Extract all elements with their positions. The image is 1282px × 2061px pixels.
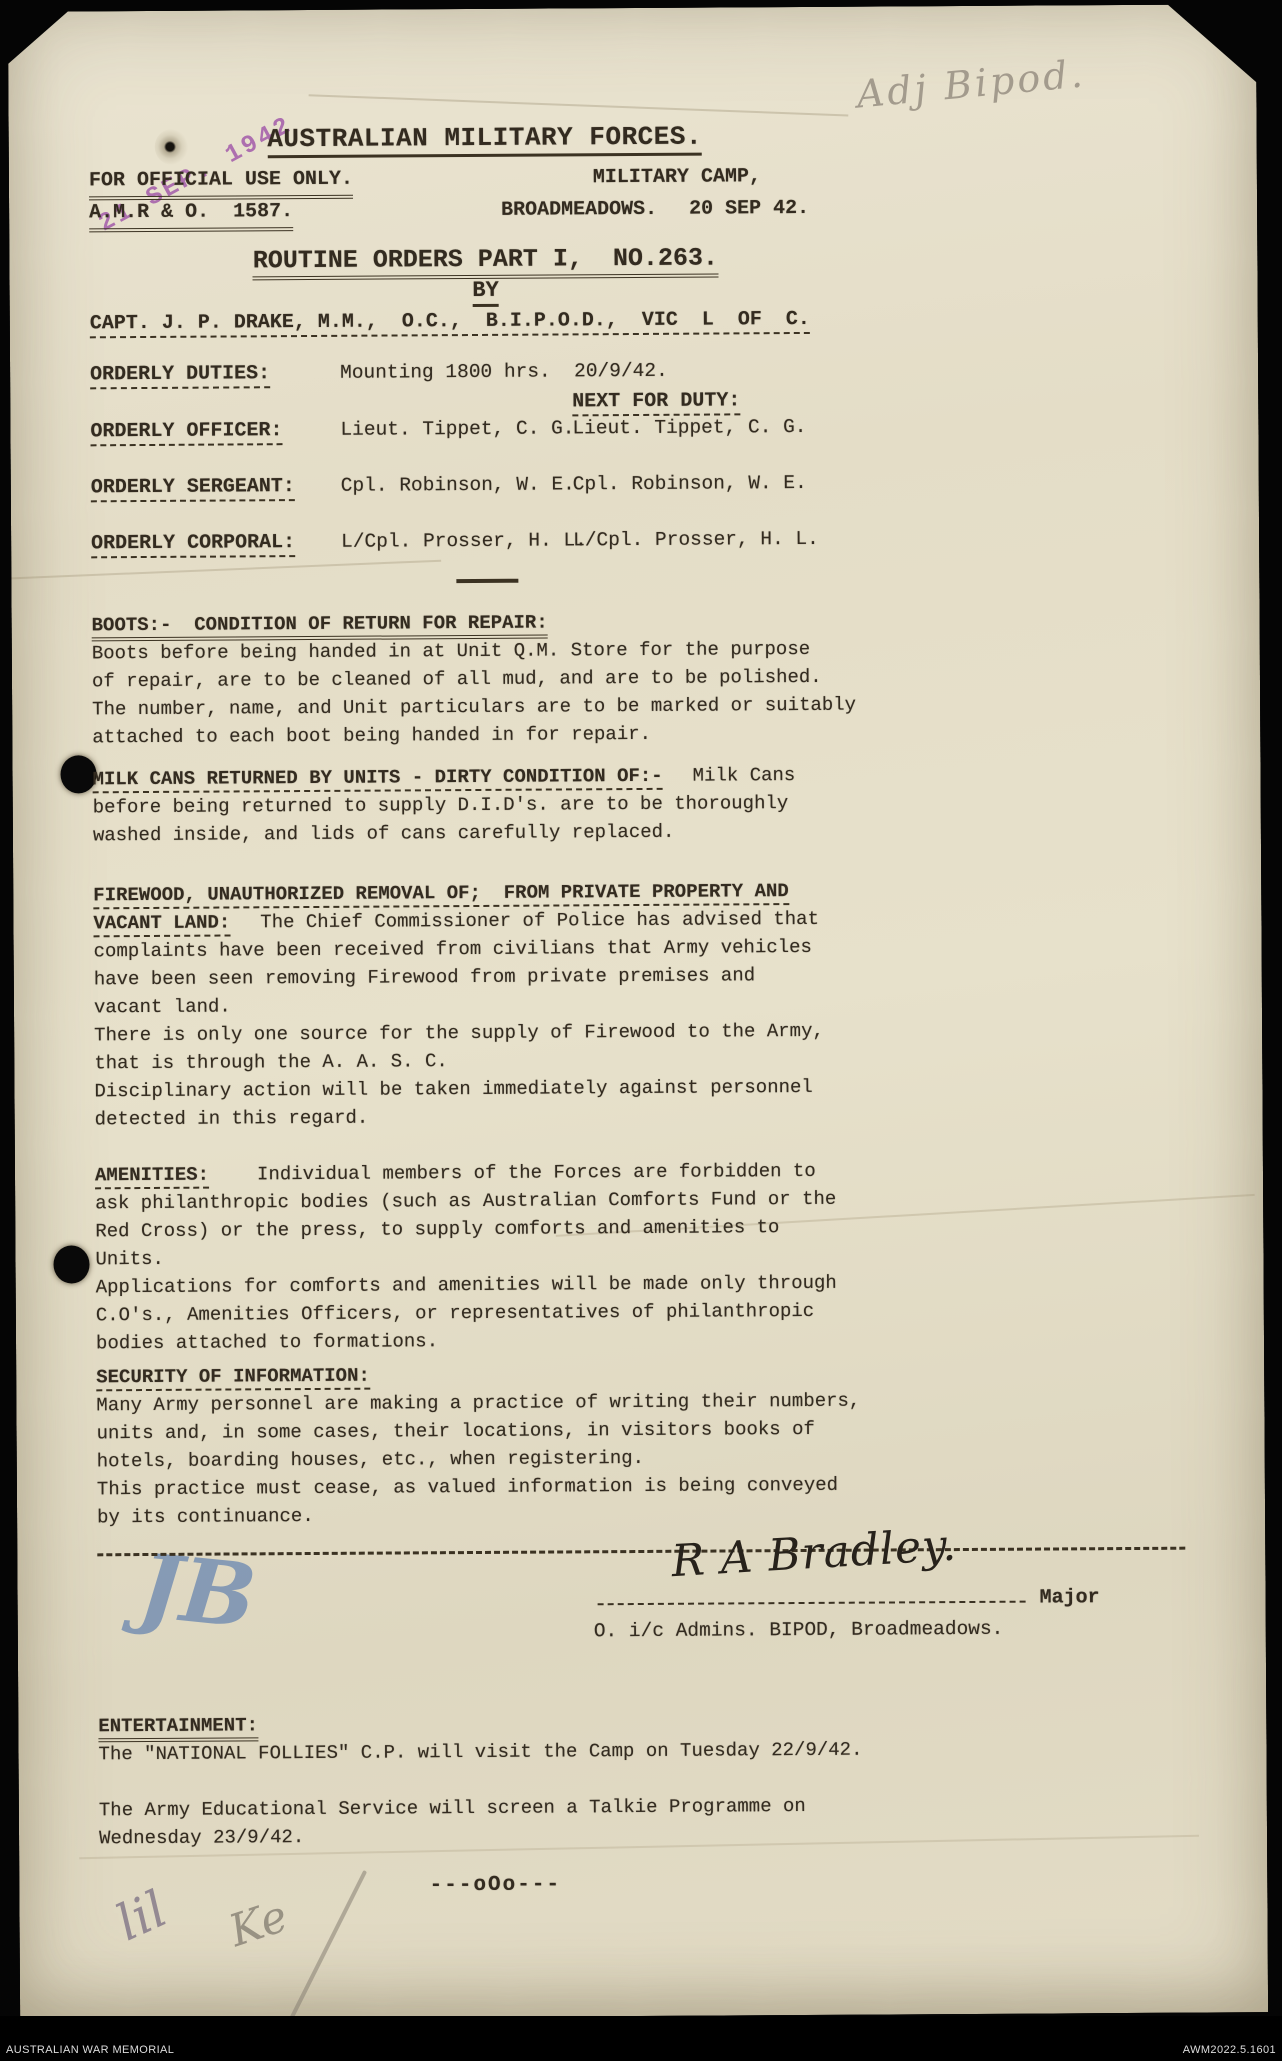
duty-label: ORDERLY DUTIES:: [90, 362, 270, 389]
document-page: 21 SEP. 1942 Adj Bipod. JB lil Ke AUSTRA…: [8, 4, 1268, 2020]
duty-label: ORDERLY SERGEANT:: [91, 475, 295, 502]
archive-accession-number: AWM2022.5.1601: [1183, 2044, 1276, 2056]
typed-document-content: AUSTRALIAN MILITARY FORCES. FOR OFFICIAL…: [88, 7, 892, 1903]
section-amenities: AMENITIES:Individual members of the Forc…: [95, 1156, 888, 1357]
closing-mark: ---oOo---: [99, 1869, 891, 1902]
issuing-officer-line: CAPT. J. P. DRAKE, M.M., O.C., B.I.P.O.D…: [90, 304, 882, 339]
duty-label: ORDERLY OFFICER:: [90, 419, 282, 446]
duty-current: Lieut. Tippet, C. G.: [340, 415, 572, 442]
section-heading: AMENITIES:: [95, 1164, 209, 1190]
org-title-text: AUSTRALIAN MILITARY FORCES.: [267, 122, 702, 159]
section-body: The "NATIONAL FOLLIES" C.P. will visit t…: [98, 1735, 891, 1852]
signature-underline: [598, 1587, 1026, 1606]
punch-hole: [53, 1245, 89, 1283]
signature-separator-rule: [97, 1547, 1185, 1557]
section-body: Many Army personnel are making a practic…: [96, 1386, 889, 1531]
order-date: 20 SEP 42.: [689, 195, 809, 224]
regulation-reference: A.M.R & O. 1587.: [89, 198, 293, 232]
section-heading: SECURITY OF INFORMATION:: [96, 1365, 370, 1392]
section-lead: Milk Cans: [693, 764, 796, 787]
archive-institution-label: AUSTRALIAN WAR MEMORIAL: [6, 2044, 174, 2056]
by-line: BY: [90, 274, 882, 307]
camp-location: BROADMEADOWS.: [501, 196, 657, 225]
by-text: BY: [472, 278, 499, 307]
section-security: SECURITY OF INFORMATION: Many Army perso…: [96, 1358, 889, 1531]
section-lead: Individual members of the Forces are for…: [257, 1160, 816, 1185]
header-row-2: A.M.R & O. 1587. BROADMEADOWS. 20 SEP 42…: [89, 195, 881, 232]
section-heading: MILK CANS RETURNED BY UNITS - DIRTY COND…: [93, 765, 663, 793]
section-boots: BOOTS:- CONDITION OF RETURN FOR REPAIR: …: [92, 606, 885, 751]
section-firewood: FIREWOOD, UNAUTHORIZED REMOVAL OF; FROM …: [93, 876, 887, 1133]
signature-block: R A Bradley. Major O. i/c Admins. BIPOD,…: [598, 1584, 1178, 1646]
issuing-officer-text: CAPT. J. P. DRAKE, M.M., O.C., B.I.P.O.D…: [90, 308, 810, 338]
duty-row-duties: ORDERLY DUTIES: Mounting 1800 hrs. 20/9/…: [90, 356, 882, 388]
section-body: Boots before being handed in at Unit Q.M…: [92, 634, 885, 751]
header-row-1: FOR OFFICIAL USE ONLY. MILITARY CAMP,: [89, 163, 881, 200]
duty-label: ORDERLY CORPORAL:: [91, 531, 295, 558]
section-milk-cans: MILK CANS RETURNED BY UNITS - DIRTY COND…: [92, 760, 884, 849]
section-body: before being returned to supply D.I.D's.…: [93, 788, 885, 849]
handwritten-signature: R A Bradley.: [671, 1532, 958, 1577]
duty-current: Mounting 1800 hrs. 20/9/42.: [340, 356, 882, 385]
punch-hole: [60, 755, 96, 793]
duty-next: Lieut. Tippet, C. G.: [572, 413, 882, 441]
photograph-background: 21 SEP. 1942 Adj Bipod. JB lil Ke AUSTRA…: [0, 0, 1282, 2061]
duty-next: L/Cpl. Prosser, H. L.: [573, 525, 883, 553]
routine-orders-text: ROUTINE ORDERS PART I, NO.263.: [253, 243, 718, 280]
signatory-title: O. i/c Admins. BIPOD, Broadmeadows.: [594, 1614, 1178, 1646]
duty-row-corporal: ORDERLY CORPORAL: L/Cpl. Prosser, H. L. …: [91, 525, 883, 557]
section-heading-line2: VACANT LAND:: [93, 911, 230, 937]
separator-dash: [456, 579, 518, 583]
section-entertainment: ENTERTAINMENT: The "NATIONAL FOLLIES" C.…: [98, 1707, 891, 1852]
pencil-annotation-adj-bipod: Adj Bipod.: [855, 51, 1087, 116]
duty-row-officer: ORDERLY OFFICER: Lieut. Tippet, C. G. Li…: [90, 413, 882, 445]
section-lead: The Chief Commissioner of Police has adv…: [260, 908, 819, 933]
duty-current: L/Cpl. Prosser, H. L.: [341, 527, 573, 554]
orderly-duties-table: ORDERLY DUTIES: Mounting 1800 hrs. 20/9/…: [90, 356, 883, 557]
section-body: ask philanthropic bodies (such as Austra…: [95, 1184, 888, 1357]
next-for-duty-header: NEXT FOR DUTY:: [572, 387, 882, 415]
closing-mark-text: ---oOo---: [430, 1873, 562, 1897]
duty-row-sergeant: ORDERLY SERGEANT: Cpl. Robinson, W. E. C…: [91, 469, 883, 501]
archive-caption-bar: AUSTRALIAN WAR MEMORIAL AWM2022.5.1601: [0, 2016, 1282, 2061]
routine-orders-title: ROUTINE ORDERS PART I, NO.263.: [89, 240, 881, 279]
official-use-label: FOR OFFICIAL USE ONLY.: [89, 166, 353, 201]
signature-line-row: Major: [598, 1584, 1178, 1616]
military-camp-label: MILITARY CAMP,: [593, 163, 761, 192]
document-org-title: AUSTRALIAN MILITARY FORCES.: [89, 119, 881, 158]
next-for-duty-text: NEXT FOR DUTY:: [572, 389, 740, 416]
duty-next: Cpl. Robinson, W. E.: [573, 469, 883, 497]
section-heading: ENTERTAINMENT:: [98, 1714, 258, 1742]
signatory-rank: Major: [1040, 1584, 1100, 1612]
duty-current: Cpl. Robinson, W. E.: [341, 471, 573, 498]
section-body: complaints have been received from civil…: [94, 932, 887, 1133]
